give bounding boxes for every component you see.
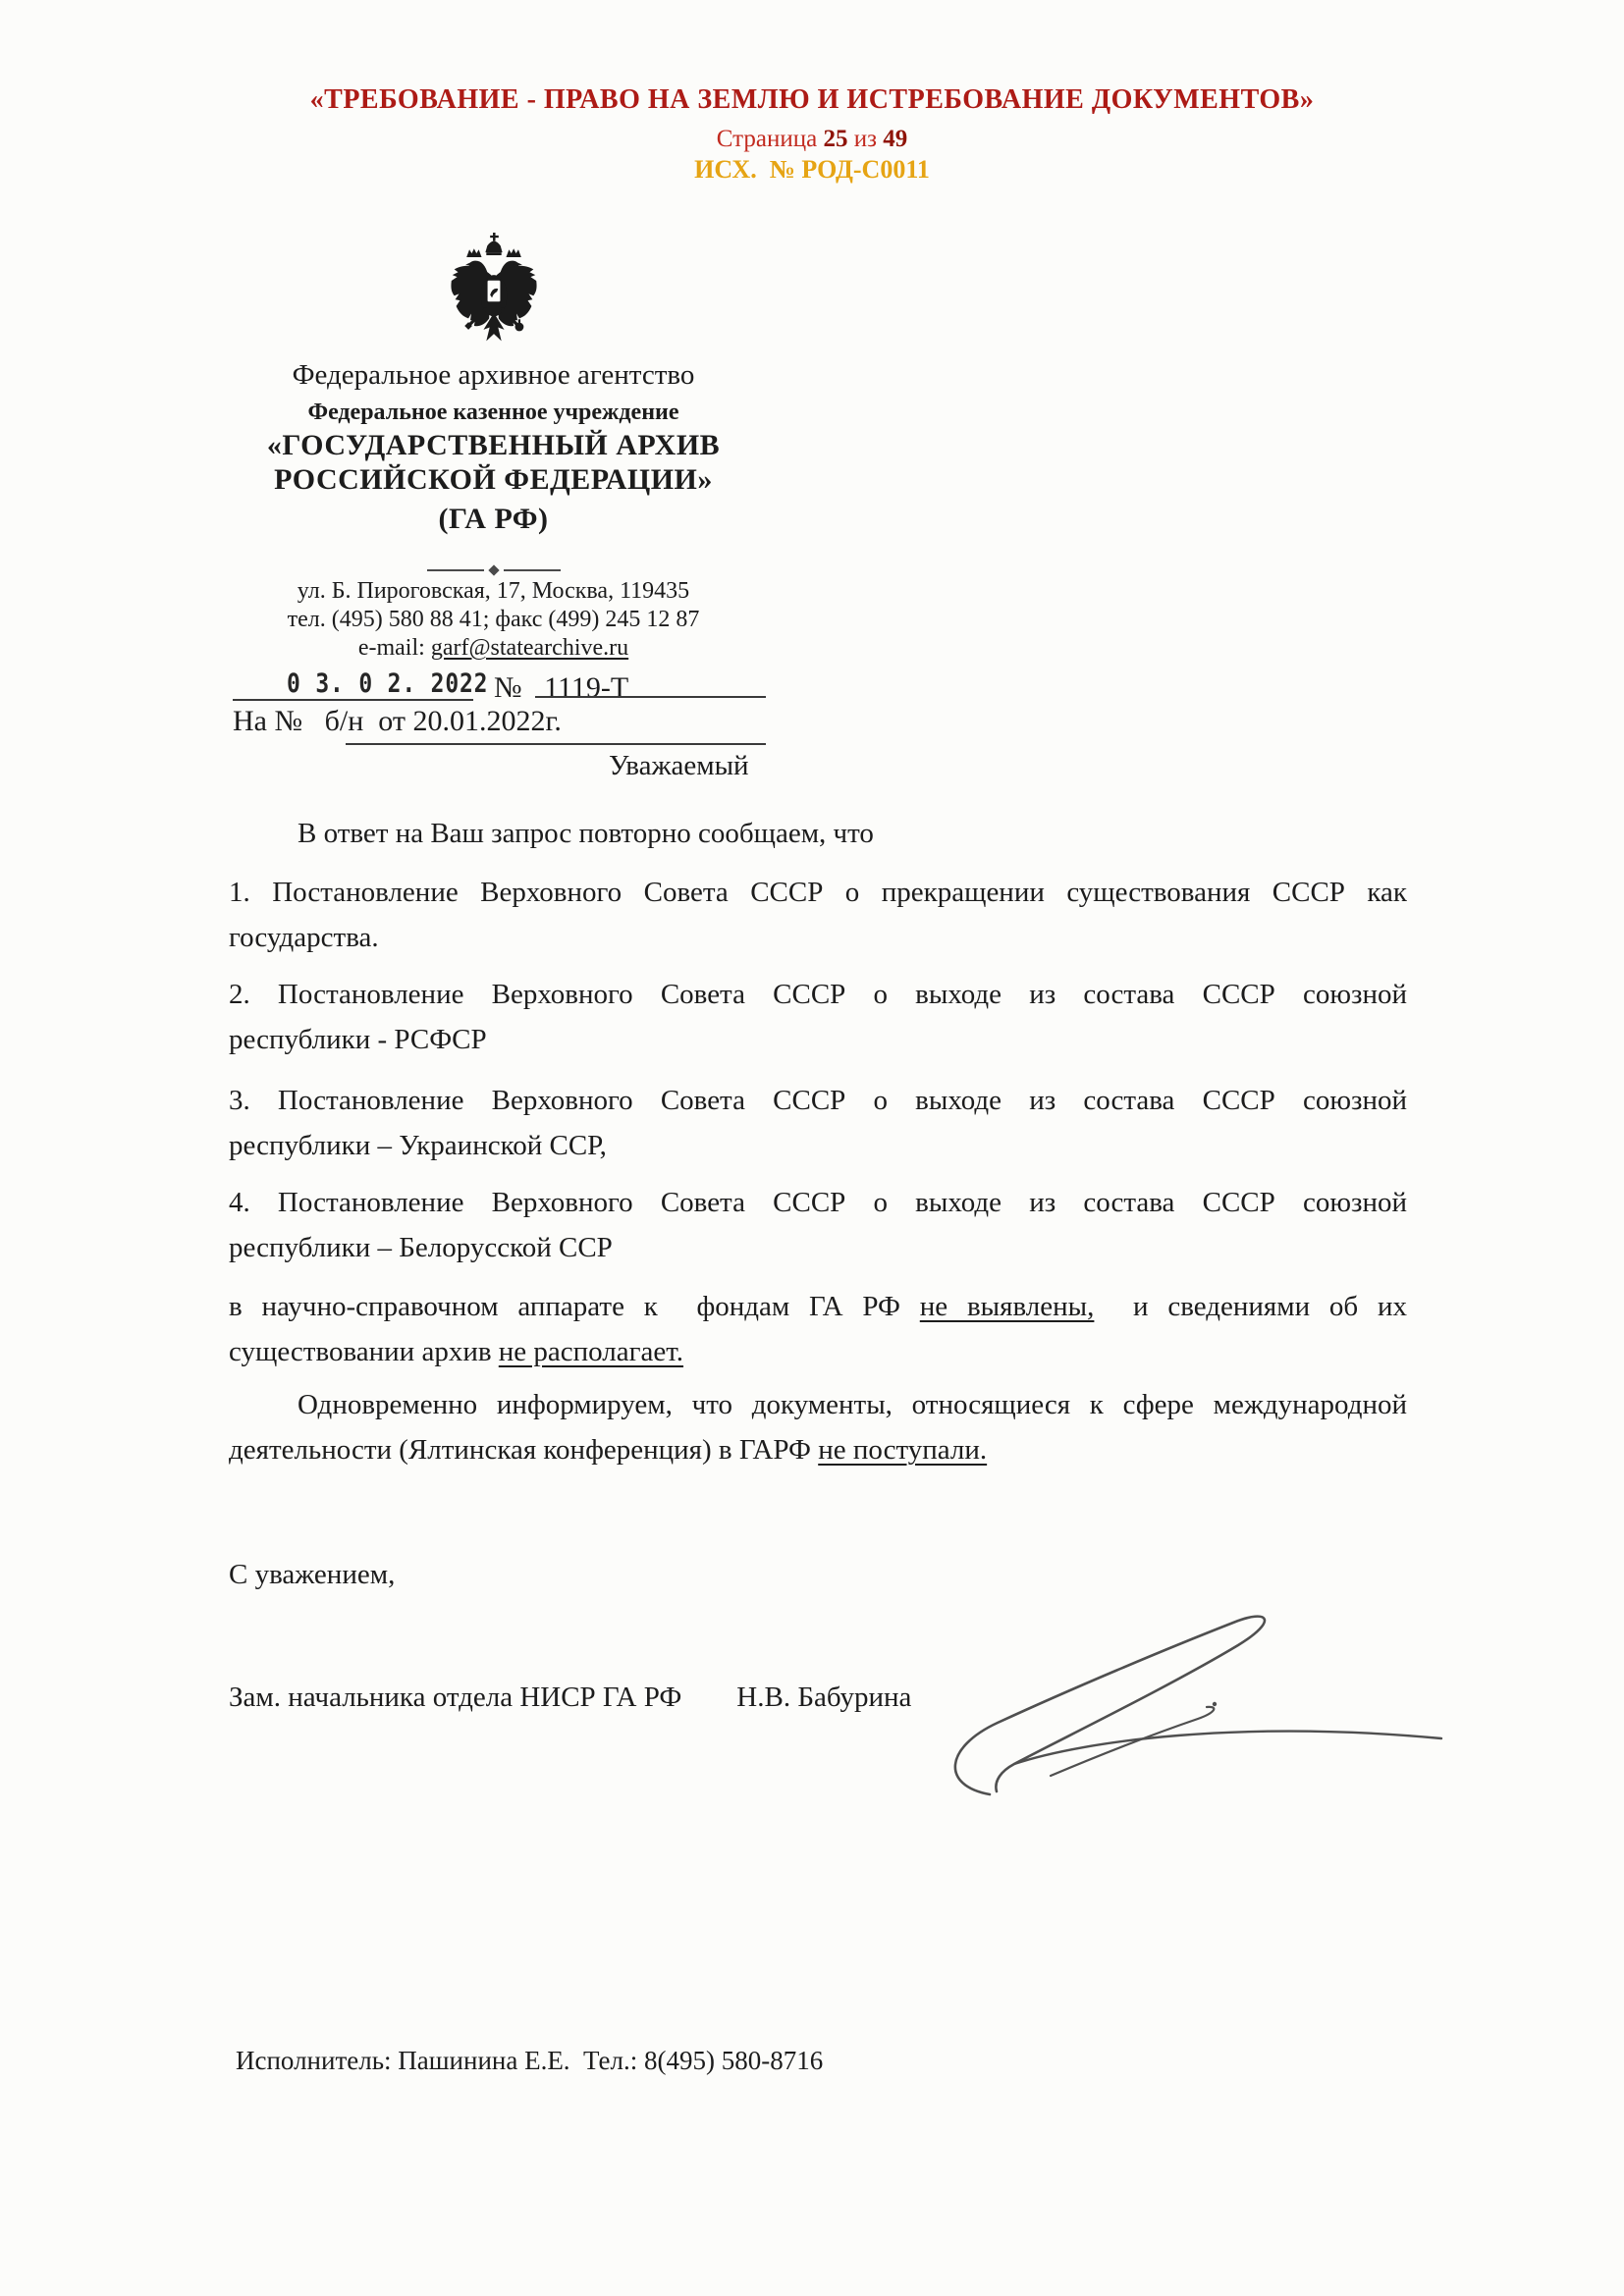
result-text: в научно-справочном аппарате к фондам ГА… (229, 1291, 920, 1322)
outgoing-ref-number: ИСХ. № РОД-С0011 (0, 155, 1624, 185)
rule-under-date (233, 699, 473, 701)
divider-bar-left (427, 569, 484, 571)
paragraph-line: государства. (229, 915, 1407, 960)
paragraph-line: 2. Постановление Верховного Совета СССР … (229, 972, 1407, 1017)
document-header-title: «ТРЕБОВАНИЕ - ПРАВО НА ЗЕМЛЮ И ИСТРЕБОВА… (0, 84, 1624, 116)
agency-name: Федеральное архивное агентство (226, 359, 761, 392)
page-label: Страница (717, 126, 817, 152)
paragraph-line: 4. Постановление Верховного Совета СССР … (229, 1180, 1407, 1225)
regards-line: С уважением, (229, 1552, 1407, 1597)
list-item-2: 2. Постановление Верховного Совета СССР … (229, 972, 1407, 1062)
note-paragraph: Одновременно информируем, что документы,… (229, 1382, 1407, 1472)
org-type: Федеральное казенное учреждение (226, 400, 761, 426)
reply-to-line: На № б/н от 20.01.2022г. (233, 705, 562, 738)
salutation: Уважаемый (609, 750, 749, 782)
page-indicator: Страница 25 из 49 (0, 126, 1624, 153)
scanned-letter-page: «ТРЕБОВАНИЕ - ПРАВО НА ЗЕМЛЮ И ИСТРЕБОВА… (0, 0, 1624, 2296)
email-line: e-mail: garf@statearchive.ru (226, 635, 761, 662)
rule-under-reply (346, 743, 766, 745)
underlined-phrase: не поступали. (818, 1434, 987, 1466)
list-item-1: 1. Постановление Верховного Совета СССР … (229, 870, 1407, 960)
page-total: 49 (883, 126, 907, 152)
rule-under-number (535, 696, 766, 698)
divider-diamond-icon (488, 564, 499, 575)
underlined-phrase: не выявлены, (920, 1291, 1095, 1322)
intro-paragraph: В ответ на Ваш запрос повторно сообщаем,… (229, 811, 1407, 856)
outgoing-doc-number: № 1119-Т (494, 671, 628, 705)
result-text: существовании архив (229, 1336, 499, 1367)
divider-bar-right (504, 569, 561, 571)
russian-coat-of-arms-icon (447, 232, 541, 355)
result-paragraph: в научно-справочном аппарате к фондам ГА… (229, 1284, 1407, 1374)
paragraph-line: республики – Белорусской ССР (229, 1225, 1407, 1270)
org-name-line1: «ГОСУДАРСТВЕННЫЙ АРХИВ (226, 429, 761, 462)
page-current: 25 (823, 126, 847, 152)
paragraph-line: республики - РСФСР (229, 1017, 1407, 1062)
email-label: e-mail: (358, 635, 431, 661)
executor-line: Исполнитель: Пашинина Е.Е. Тел.: 8(495) … (236, 2038, 1414, 2083)
org-name-line2: РОССИЙСКОЙ ФЕДЕРАЦИИ» (226, 463, 761, 497)
paragraph-line: существовании архив не располагает. (229, 1329, 1407, 1374)
signer-title: Зам. начальника отдела НИСР ГА РФ (229, 1682, 681, 1713)
phone-fax: тел. (495) 580 88 41; факс (499) 245 12 … (226, 607, 761, 633)
paragraph-line: 1. Постановление Верховного Совета СССР … (229, 870, 1407, 915)
list-item-3: 3. Постановление Верховного Совета СССР … (229, 1078, 1407, 1168)
note-text: деятельности (Ялтинская конференция) в Г… (229, 1434, 818, 1466)
underlined-phrase: не располагает. (499, 1336, 683, 1367)
postal-address: ул. Б. Пироговская, 17, Москва, 119435 (226, 578, 761, 605)
list-item-4: 4. Постановление Верховного Совета СССР … (229, 1180, 1407, 1270)
signer-name: Н.В. Бабурина (736, 1682, 911, 1713)
paragraph-line: 3. Постановление Верховного Совета СССР … (229, 1078, 1407, 1123)
handwritten-signature-icon (903, 1592, 1453, 1813)
paragraph-line: республики – Украинской ССР, (229, 1123, 1407, 1168)
paragraph-line: Одновременно информируем, что документы,… (229, 1382, 1407, 1427)
letterhead-divider (226, 566, 761, 574)
paragraph-line: деятельности (Ялтинская конференция) в Г… (229, 1427, 1407, 1472)
date-stamp: 0 3. 0 2. 2022 (287, 668, 488, 699)
result-text: и сведениями об их (1094, 1291, 1407, 1322)
email-address: garf@statearchive.ru (431, 635, 628, 661)
paragraph-line: в научно-справочном аппарате к фондам ГА… (229, 1284, 1407, 1329)
page-of-label: из (854, 126, 877, 152)
org-short-name: (ГА РФ) (226, 503, 761, 536)
